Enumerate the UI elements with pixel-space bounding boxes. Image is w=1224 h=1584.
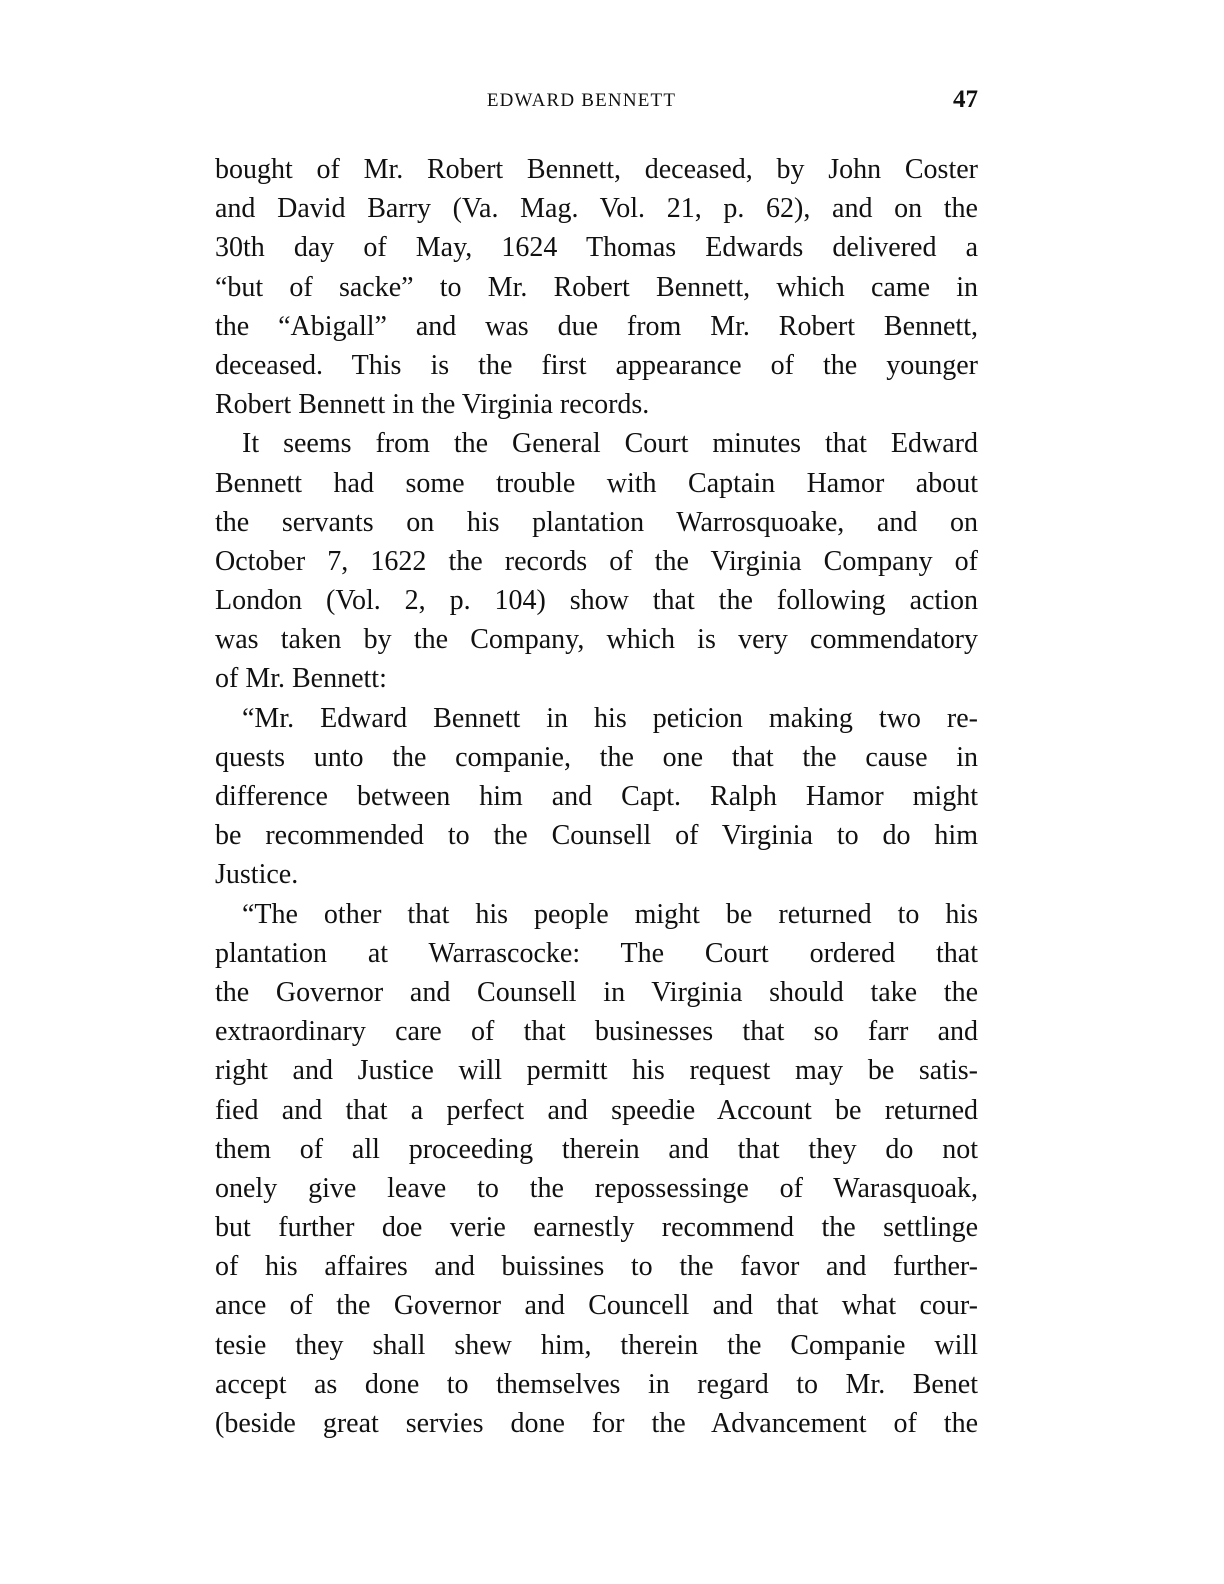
text-line: them of all proceeding therein and that … (215, 1130, 978, 1169)
text-line: plantation at Warrascocke: The Court ord… (215, 934, 978, 973)
text-line: Bennett had some trouble with Captain Ha… (215, 464, 978, 503)
text-line: was taken by the Company, which is very … (215, 620, 978, 659)
paragraph-4-quote: “The other that his people might be retu… (215, 895, 978, 1444)
text-line: ance of the Governor and Councell and th… (215, 1286, 978, 1325)
text-line: “Mr. Edward Bennett in his peticion maki… (215, 699, 978, 738)
text-line: quests unto the companie, the one that t… (215, 738, 978, 777)
text-line: the “Abigall” and was due from Mr. Rober… (215, 307, 978, 346)
text-line: “The other that his people might be retu… (215, 895, 978, 934)
text-line: extraordinary care of that businesses th… (215, 1012, 978, 1051)
running-head: EDWARD BENNETT 47 (215, 86, 978, 116)
text-line: of his affaires and buissines to the fav… (215, 1247, 978, 1286)
running-title: EDWARD BENNETT (215, 90, 978, 112)
paragraph-3-quote: “Mr. Edward Bennett in his peticion maki… (215, 699, 978, 895)
text-line: the Governor and Counsell in Virginia sh… (215, 973, 978, 1012)
text-line: (beside great servies done for the Advan… (215, 1404, 978, 1443)
text-line: tesie they shall shew him, therein the C… (215, 1326, 978, 1365)
page-number: 47 (953, 86, 978, 114)
text-line: difference between him and Capt. Ralph H… (215, 777, 978, 816)
text-line: be recommended to the Counsell of Virgin… (215, 816, 978, 855)
text-line: accept as done to themselves in regard t… (215, 1365, 978, 1404)
text-line: and David Barry (Va. Mag. Vol. 21, p. 62… (215, 189, 978, 228)
paragraph-1: bought of Mr. Robert Bennett, deceased, … (215, 150, 978, 424)
book-page: EDWARD BENNETT 47 bought of Mr. Robert B… (0, 0, 1224, 1584)
text-line: “but of sacke” to Mr. Robert Bennett, wh… (215, 268, 978, 307)
text-line: fied and that a perfect and speedie Acco… (215, 1091, 978, 1130)
text-line: right and Justice will permitt his reque… (215, 1051, 978, 1090)
paragraph-2: It seems from the General Court minutes … (215, 424, 978, 698)
text-line: the servants on his plantation Warrosquo… (215, 503, 978, 542)
text-line: onely give leave to the repossessinge of… (215, 1169, 978, 1208)
text-line: deceased. This is the first appearance o… (215, 346, 978, 385)
text-line: October 7, 1622 the records of the Virgi… (215, 542, 978, 581)
text-line: but further doe verie earnestly recommen… (215, 1208, 978, 1247)
text-line: London (Vol. 2, p. 104) show that the fo… (215, 581, 978, 620)
text-line: Justice. (215, 855, 978, 894)
text-line: of Mr. Bennett: (215, 659, 978, 698)
text-line: It seems from the General Court minutes … (215, 424, 978, 463)
text-line: bought of Mr. Robert Bennett, deceased, … (215, 150, 978, 189)
text-line: Robert Bennett in the Virginia records. (215, 385, 978, 424)
text-line: 30th day of May, 1624 Thomas Edwards del… (215, 228, 978, 267)
body-text: bought of Mr. Robert Bennett, deceased, … (215, 150, 978, 1443)
